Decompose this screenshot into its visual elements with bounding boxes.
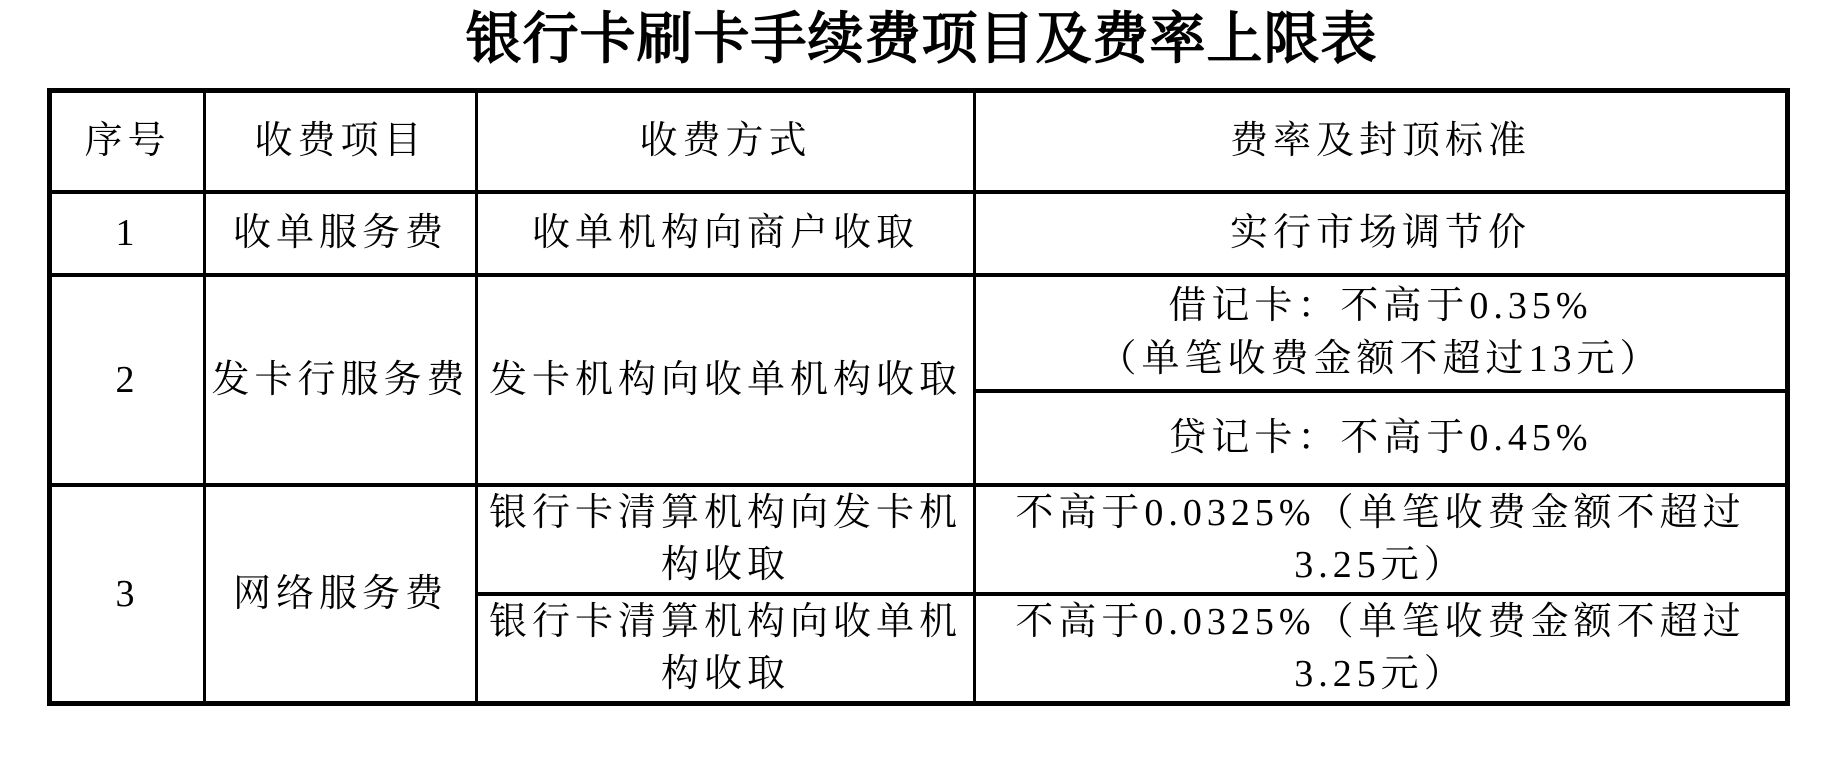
row2-rate-debit-cell: 借记卡：不高于0.35% （单笔收费金额不超过13元） <box>975 275 1788 391</box>
row3-rate-acquirer-cell: 不高于0.0325%（单笔收费金额不超过3.25元） <box>975 594 1788 703</box>
table-row-network-fee-issuer: 3 网络服务费 银行卡清算机构向发卡机构收取 不高于0.0325%（单笔收费金额… <box>50 485 1788 594</box>
row3-method-acquirer-cell: 银行卡清算机构向收单机构收取 <box>477 594 975 703</box>
table-row-acquiring-fee: 1 收单服务费 收单机构向商户收取 实行市场调节价 <box>50 192 1788 275</box>
col-header-fee-item: 收费项目 <box>205 91 477 192</box>
col-header-fee-method: 收费方式 <box>477 91 975 192</box>
row2-method-cell: 发卡机构向收单机构收取 <box>477 275 975 485</box>
rate-debit-line: 借记卡：不高于0.35% <box>978 280 1783 332</box>
row3-method-issuer-cell: 银行卡清算机构向发卡机构收取 <box>477 485 975 594</box>
row2-item-cell: 发卡行服务费 <box>205 275 477 485</box>
row1-method-cell: 收单机构向商户收取 <box>477 192 975 275</box>
row2-rate-credit-cell: 贷记卡：不高于0.45% <box>975 391 1788 485</box>
row3-item-cell: 网络服务费 <box>205 485 477 703</box>
table-row-issuer-fee-debit: 2 发卡行服务费 发卡机构向收单机构收取 借记卡：不高于0.35% （单笔收费金… <box>50 275 1788 391</box>
row3-rate-issuer-cell: 不高于0.0325%（单笔收费金额不超过3.25元） <box>975 485 1788 594</box>
table-header-row: 序号 收费项目 收费方式 费率及封顶标准 <box>50 91 1788 192</box>
row1-index-cell: 1 <box>50 192 205 275</box>
fee-table: 序号 收费项目 收费方式 费率及封顶标准 1 收单服务费 收单机构向商户收取 实… <box>47 88 1790 705</box>
col-header-rate-cap: 费率及封顶标准 <box>975 91 1788 192</box>
col-header-index: 序号 <box>50 91 205 192</box>
row2-index-cell: 2 <box>50 275 205 485</box>
row1-item-cell: 收单服务费 <box>205 192 477 275</box>
row1-rate-cell: 实行市场调节价 <box>975 192 1788 275</box>
rate-debit-cap-line: （单笔收费金额不超过13元） <box>978 333 1783 385</box>
row3-index-cell: 3 <box>50 485 205 703</box>
page-title: 银行卡刷卡手续费项目及费率上限表 <box>0 8 1843 72</box>
